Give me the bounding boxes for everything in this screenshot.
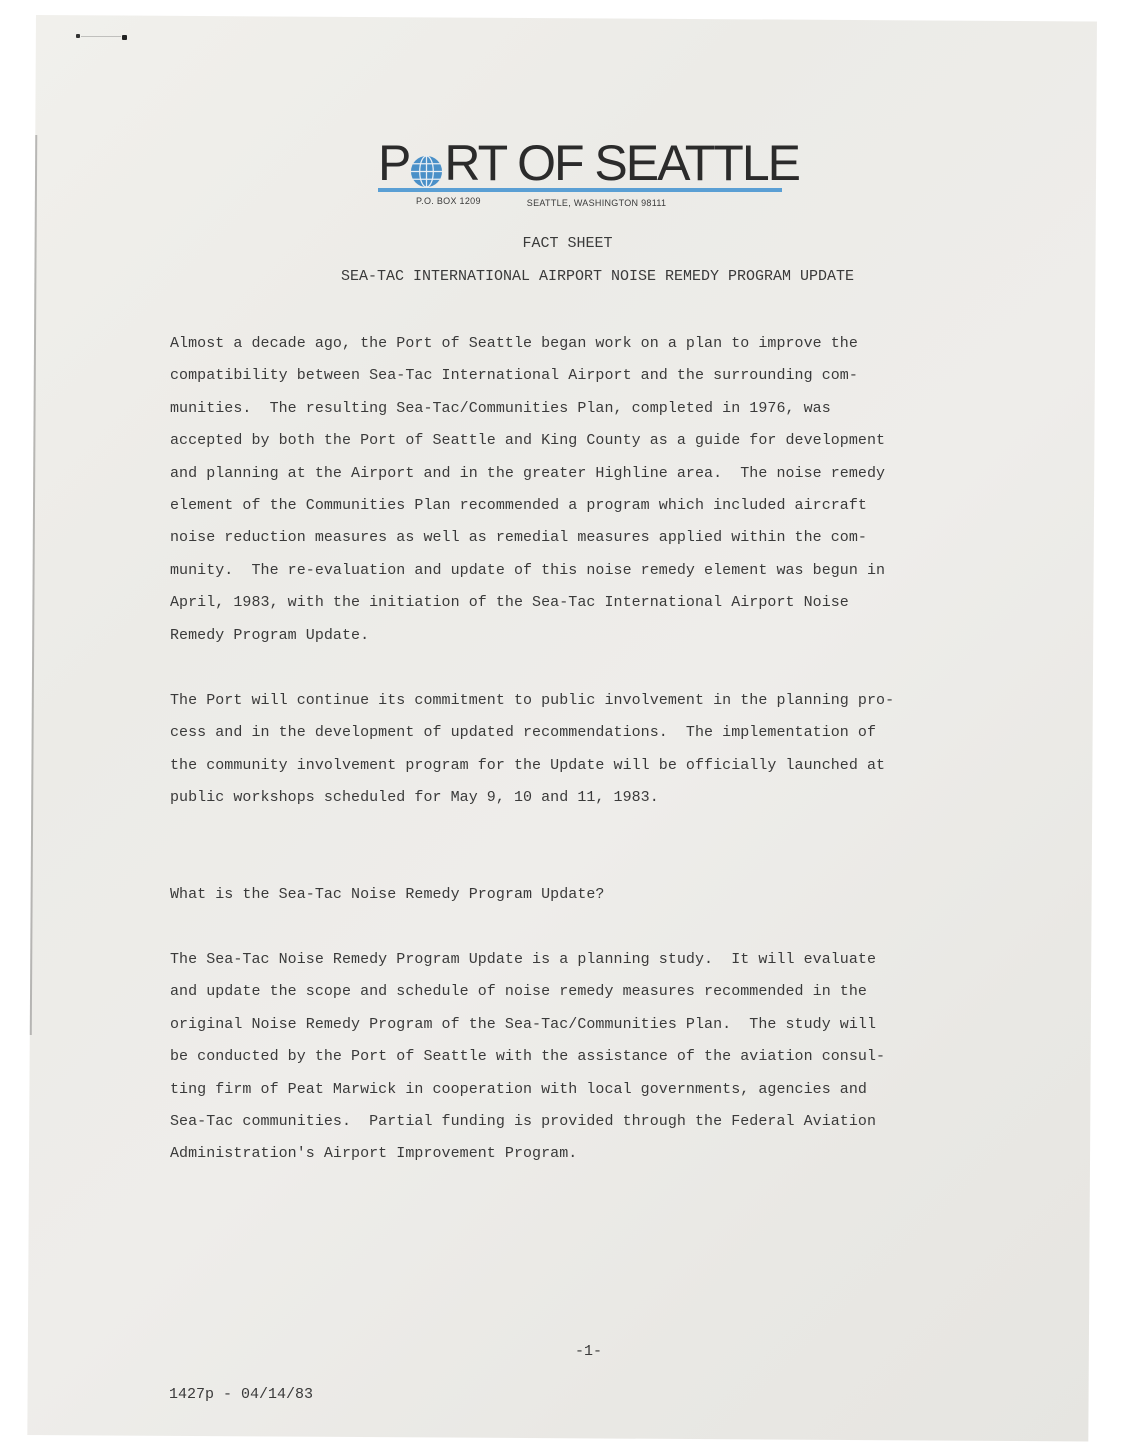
section-answer-paragraph: The Sea-Tac Noise Remedy Program Update …: [170, 944, 1050, 1171]
text-line: The Sea-Tac Noise Remedy Program Update …: [170, 944, 1050, 976]
text-line: original Noise Remedy Program of the Sea…: [170, 1009, 1050, 1041]
intro-paragraph: Almost a decade ago, the Port of Seattle…: [170, 328, 1050, 652]
text-line: public workshops scheduled for May 9, 10…: [170, 782, 1050, 814]
text-line: Administration's Airport Improvement Pro…: [170, 1138, 1050, 1170]
city-line: SEATTLE, WASHINGTON 98111: [527, 198, 667, 208]
document-reference: 1427p - 04/14/83: [169, 1386, 313, 1403]
staple-hole-right: [122, 35, 127, 40]
text-line: accepted by both the Port of Seattle and…: [170, 425, 1050, 457]
org-name-suffix: RT OF SEATTLE: [444, 140, 799, 186]
text-line: Almost a decade ago, the Port of Seattle…: [170, 328, 1050, 360]
po-box: P.O. BOX 1209: [416, 196, 481, 208]
org-name: P RT OF SEATTLE: [378, 140, 782, 186]
letterhead-address: P.O. BOX 1209 SEATTLE, WASHINGTON 98111: [378, 196, 782, 208]
text-line: noise reduction measures as well as reme…: [170, 522, 1050, 554]
text-line: munities. The resulting Sea-Tac/Communit…: [170, 393, 1050, 425]
text-line: Sea-Tac communities. Partial funding is …: [170, 1106, 1050, 1138]
globe-icon: [410, 148, 443, 181]
document-title: SEA-TAC INTERNATIONAL AIRPORT NOISE REME…: [0, 268, 1135, 285]
involvement-paragraph: The Port will continue its commitment to…: [170, 685, 1050, 815]
letterhead: P RT OF SEATTLE P.O. BOX 1209 SEATTLE, W…: [378, 140, 782, 208]
document-type-heading: FACT SHEET: [0, 235, 1135, 252]
staple-line: [81, 36, 121, 37]
staple-hole-left: [76, 34, 80, 38]
page-number: -1-: [575, 1343, 602, 1360]
text-line: element of the Communities Plan recommen…: [170, 490, 1050, 522]
text-line: munity. The re-evaluation and update of …: [170, 555, 1050, 587]
org-name-prefix: P: [378, 140, 409, 186]
text-line: The Port will continue its commitment to…: [170, 685, 1050, 717]
text-line: be conducted by the Port of Seattle with…: [170, 1041, 1050, 1073]
text-line: ting firm of Peat Marwick in cooperation…: [170, 1074, 1050, 1106]
section-question: What is the Sea-Tac Noise Remedy Program…: [170, 879, 1050, 911]
text-line: and planning at the Airport and in the g…: [170, 458, 1050, 490]
text-line: Remedy Program Update.: [170, 620, 1050, 652]
text-line: April, 1983, with the initiation of the …: [170, 587, 1050, 619]
text-line: and update the scope and schedule of noi…: [170, 976, 1050, 1008]
text-line: cess and in the development of updated r…: [170, 717, 1050, 749]
text-line: compatibility between Sea-Tac Internatio…: [170, 360, 1050, 392]
staple-mark: [76, 34, 126, 40]
text-line: the community involvement program for th…: [170, 750, 1050, 782]
